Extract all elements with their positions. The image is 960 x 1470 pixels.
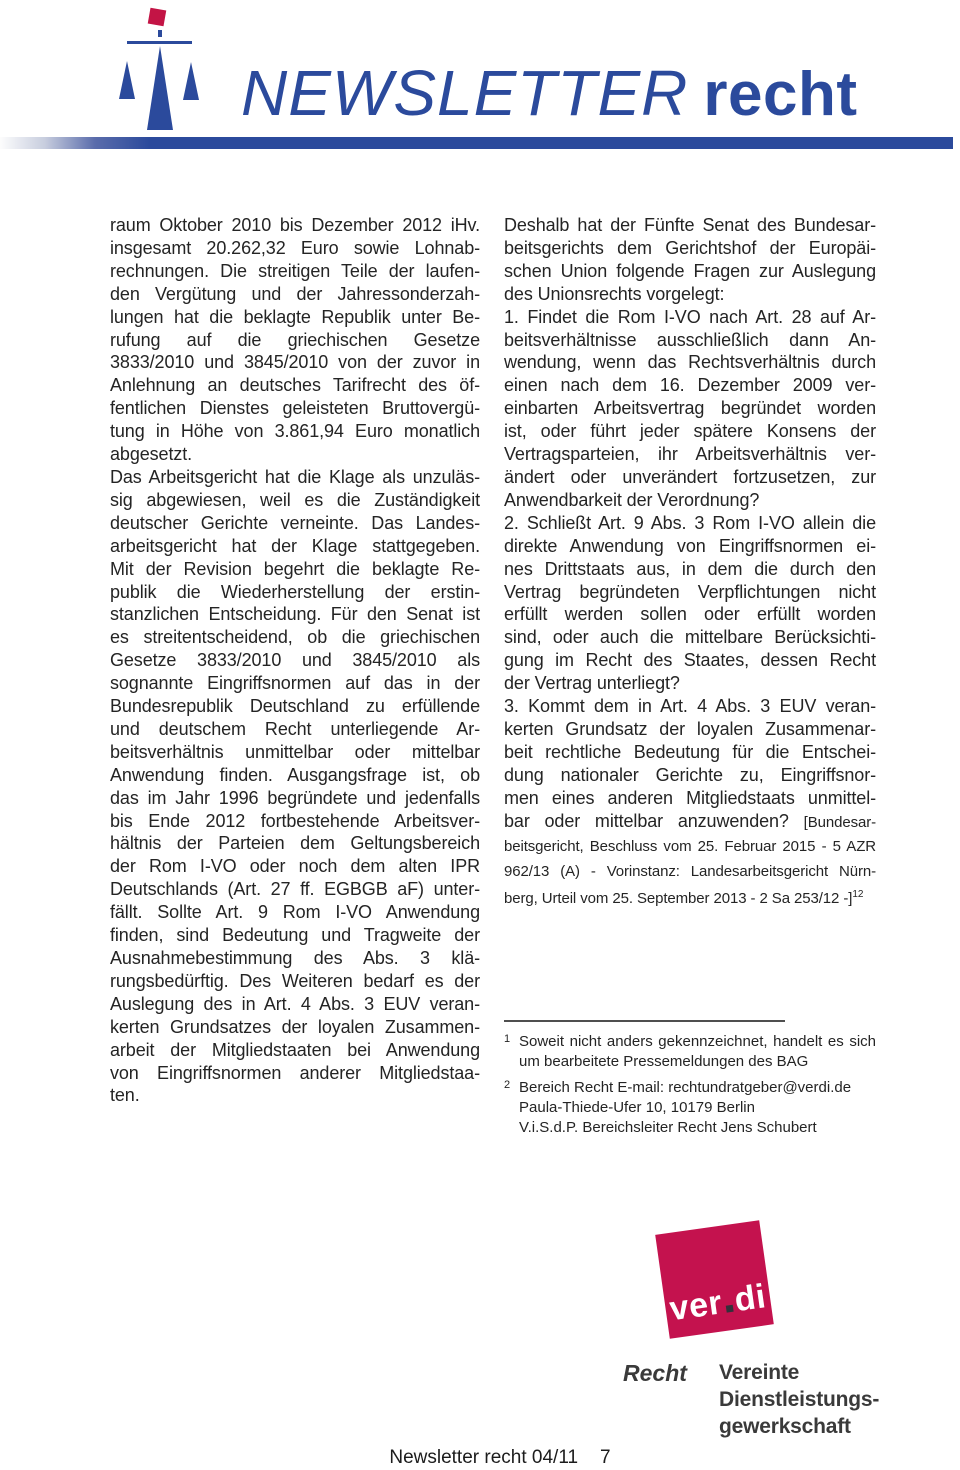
page-footer: Newsletter recht 04/11 7 <box>0 1447 960 1469</box>
text-line: deutscher Gerichte verneinte. Das Landes… <box>110 512 480 535</box>
footnote-1: 1 Soweit nicht anders gekennzeichnet, ha… <box>504 1032 876 1072</box>
text-line: rungsbedürftig. Des Weiteren bedarf es d… <box>110 970 480 993</box>
verdi-wordmark-post: di <box>732 1277 768 1319</box>
text-line: nes Drittstaats aus, in dem die durch de… <box>504 558 876 581</box>
scales-crossbar <box>127 41 192 44</box>
text-line: Anwendung finden. Ausgangsfrage ist, ob <box>110 764 480 787</box>
text-line: insgesamt 20.262,32 Euro sowie Lohnab- <box>110 237 480 260</box>
verdi-wordmark: verdi <box>667 1279 768 1326</box>
page-number: 7 <box>600 1447 611 1469</box>
text-line: Gesetze 3833/2010 und 3845/2010 als <box>110 649 480 672</box>
text-line: beitsgerichts dem Gerichtshof der Europä… <box>504 237 876 260</box>
footnote-text: Soweit nicht anders gekennzeichnet, hand… <box>519 1032 876 1072</box>
text-line: Soweit nicht anders gekennzeichnet, hand… <box>519 1032 876 1052</box>
text-line: kerten Grundsatzes der loyalen Zusammen- <box>110 1016 480 1039</box>
text-line: 962/13 (A) - Vorinstanz: Landesarbeitsge… <box>504 859 876 884</box>
text-line: raum Oktober 2010 bis Dezember 2012 iHv. <box>110 214 480 237</box>
text-line: ist, oder führt jeder spätere Konsens de… <box>504 420 876 443</box>
text-line: um bearbeitete Pressemeldungen des BAG <box>519 1052 876 1072</box>
text-line: direkte Anwendung von Eingriffsnormen ei… <box>504 535 876 558</box>
newsletter-title: NEWSLETTER <box>241 58 688 128</box>
newsletter-page: NEWSLETTER recht raum Oktober 2010 bis D… <box>0 0 960 1470</box>
text-line: abgesetzt. <box>110 443 480 466</box>
scales-center-column-icon <box>147 46 173 130</box>
text-line: men eines anderen Mitgliedstaats unmitte… <box>504 787 876 810</box>
newsletter-subtitle: recht <box>703 61 857 129</box>
text-line: Vertragsparteien, ihr Arbeitsverhältnis … <box>504 443 876 466</box>
text-line: wendung, wenn das Rechtsverhältnis durch <box>504 351 876 374</box>
text-line: rechnungen. Die streitigen Teile der lau… <box>110 260 480 283</box>
text-line: kerten Grundsatz der loyalen Zusammenar- <box>504 718 876 741</box>
text-line: hältnis der Parteien dem Geltungsbereich <box>110 832 480 855</box>
masthead: NEWSLETTER recht <box>241 58 857 129</box>
text-line: des Unionsrechts vorgelegt: <box>504 283 876 306</box>
text-line: bar oder mittelbar anzuwenden? [Bundesar… <box>504 810 876 835</box>
text-line: berg, Urteil vom 25. September 2013 - 2 … <box>504 884 876 911</box>
text-line: der Vertrag unterliegt? <box>504 672 876 695</box>
text-line: sognannte Eingriffsnormen auf das in der <box>110 672 480 695</box>
text-line: arbeit der Mitgliedstaaten bei Anwendung <box>110 1039 480 1062</box>
text-line: lungen hat die beklagte Republik unter B… <box>110 306 480 329</box>
text-line: V.i.S.d.P. Bereichsleiter Recht Jens Sch… <box>519 1118 876 1138</box>
text-line: publik die Wiederherstellung der erstin- <box>110 581 480 604</box>
text-line: ändert oder unverändert fortzusetzen, zu… <box>504 466 876 489</box>
scales-right-pan-icon <box>183 62 199 100</box>
issue-label: Newsletter recht 04/11 <box>389 1447 578 1469</box>
text-line: Vertrag begründeten Verpflichtungen nich… <box>504 581 876 604</box>
text-line: arbeitsgericht hat der Klage stattgegebe… <box>110 535 480 558</box>
verdi-logo: verdi <box>655 1220 774 1339</box>
text-line: bis Ende 2012 fortbestehende Arbeitsver- <box>110 810 480 833</box>
text-line: Mit der Revision begehrt die beklagte Re… <box>110 558 480 581</box>
text-line: 3. Kommt dem in Art. 4 Abs. 3 EUV veran- <box>504 695 876 718</box>
text-line: tung in Höhe von 3.861,94 Euro monatlich <box>110 420 480 443</box>
text-line: das im Jahr 1996 begründete und jedenfal… <box>110 787 480 810</box>
text-line: es streitentscheidend, ob die griechisch… <box>110 626 480 649</box>
text-line: einbarten Arbeitsvertrag begründet worde… <box>504 397 876 420</box>
text-line: beitsverhältnis unmittelbar oder mittelb… <box>110 741 480 764</box>
text-line: der Rom I-VO oder noch dem alten IPR <box>110 855 480 878</box>
text-line: stanzlichen Entscheidung. Für den Senat … <box>110 603 480 626</box>
footnote-2: 2 Bereich Recht E-mail: rechtundratgeber… <box>504 1078 876 1138</box>
text-line: den Vergütung und der Jahressonderzah- <box>110 283 480 306</box>
text-line: von Eingriffsnormen anderer Mitgliedstaa… <box>110 1062 480 1085</box>
article-column-left: raum Oktober 2010 bis Dezember 2012 iHv.… <box>110 214 480 1107</box>
text-line: fällt. Sollte Art. 9 Rom I-VO Anwendung <box>110 901 480 924</box>
footnote-marker: 1 <box>504 1029 510 1049</box>
text-line: fentlichen Dienstes geleisteten Bruttove… <box>110 397 480 420</box>
organisation-name-line: gewerkschaft <box>719 1413 879 1440</box>
division-label: Recht <box>623 1360 687 1387</box>
text-line: rufung auf die griechischen Gesetze <box>110 329 480 352</box>
footnote-text: Bereich Recht E-mail: rechtundratgeber@v… <box>519 1078 876 1138</box>
text-line: Deutschlands (Art. 27 ff. EGBGB aF) unte… <box>110 878 480 901</box>
text-line: 2. Schließt Art. 9 Abs. 3 Rom I-VO allei… <box>504 512 876 535</box>
footnote-marker: 2 <box>504 1075 510 1095</box>
text-line: und deutschem Recht unterliegende Ar- <box>110 718 480 741</box>
verdi-dot-icon <box>725 1305 733 1313</box>
text-line: erfüllt werden sollen oder erfüllt worde… <box>504 603 876 626</box>
text-line: 3833/2010 und 3845/2010 von der zuvor in <box>110 351 480 374</box>
text-line: Anlehnung an deutsches Tarifrecht des öf… <box>110 374 480 397</box>
header-rule <box>0 137 953 149</box>
text-line: sig abgewiesen, weil es die Zuständigkei… <box>110 489 480 512</box>
verdi-wordmark-pre: ver <box>667 1283 724 1328</box>
text-line: einen nach dem 16. Dezember 2009 ver- <box>504 374 876 397</box>
text-line: dung nationaler Gerichte zu, Eingriffsno… <box>504 764 876 787</box>
text-line: Bereich Recht E-mail: rechtundratgeber@v… <box>519 1078 876 1098</box>
text-line: beitsverhältnisse ausschließlich dann An… <box>504 329 876 352</box>
text-line: Deshalb hat der Fünfte Senat des Bundesa… <box>504 214 876 237</box>
text-line: beitsgericht, Beschluss vom 25. Februar … <box>504 834 876 859</box>
scales-stem <box>158 30 162 37</box>
organisation-name-line: Dienstleistungs- <box>719 1386 879 1413</box>
organisation-name: Vereinte Dienstleistungs- gewerkschaft <box>719 1359 879 1440</box>
scales-left-pan-icon <box>119 61 135 99</box>
text-line: 1. Findet die Rom I-VO nach Art. 28 auf … <box>504 306 876 329</box>
text-line: schen Union folgende Fragen zur Auslegun… <box>504 260 876 283</box>
text-line: Anwendbarkeit der Verordnung? <box>504 489 876 512</box>
organisation-name-line: Vereinte <box>719 1359 879 1386</box>
text-line: Ausnahmebestimmung des Abs. 3 klä- <box>110 947 480 970</box>
red-flag-icon <box>148 8 167 27</box>
article-column-right: Deshalb hat der Fünfte Senat des Bundesa… <box>504 214 876 911</box>
text-line: Paula-Thiede-Ufer 10, 10179 Berlin <box>519 1098 876 1118</box>
footnote-separator <box>504 1020 785 1022</box>
text-line: sind, oder auch die mittelbare Berücksic… <box>504 626 876 649</box>
text-line: gung im Recht des Staates, dessen Recht <box>504 649 876 672</box>
text-line: Bundesrepublik Deutschland zu erfüllende <box>110 695 480 718</box>
text-line: finden, sind Bedeutung und Tragweite der <box>110 924 480 947</box>
text-line: ten. <box>110 1084 480 1107</box>
text-line: Das Arbeitsgericht hat die Klage als unz… <box>110 466 480 489</box>
text-line: beit rechtliche Bedeutung für die Entsch… <box>504 741 876 764</box>
footnotes: 1 Soweit nicht anders gekennzeichnet, ha… <box>504 1032 876 1138</box>
text-line: Auslegung des in Art. 4 Abs. 3 EUV veran… <box>110 993 480 1016</box>
